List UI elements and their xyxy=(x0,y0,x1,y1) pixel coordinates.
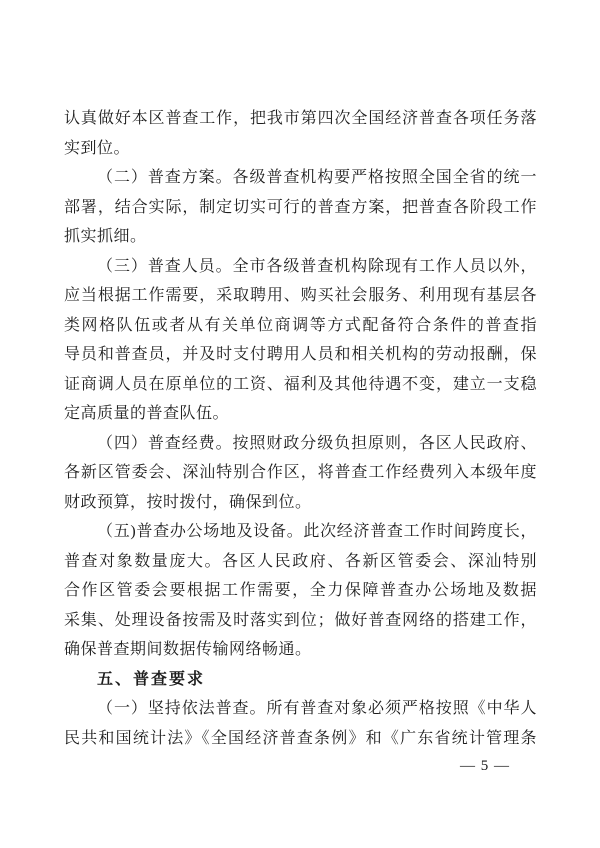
text-line: （五)普查办公场地及设备。此次经济普查工作时间跨度长， xyxy=(64,517,537,547)
section-heading: 五、普查要求 xyxy=(64,665,537,695)
text-line: 定高质量的普查队伍。 xyxy=(64,399,537,429)
page-number: — 5 — xyxy=(460,758,510,774)
text-line: 类网格队伍或者从有关单位商调等方式配备符合条件的普查指 xyxy=(64,311,537,341)
text-line: 各新区管委会、深汕特别合作区，将普查工作经费列入本级年度 xyxy=(64,458,537,488)
text-line: （一）坚持依法普查。所有普查对象必须严格按照《中华人 xyxy=(64,694,537,724)
text-line: （四）普查经费。按照财政分级负担原则，各区人民政府、 xyxy=(64,429,537,459)
document-page: 认真做好本区普查工作，把我市第四次全国经济普查各项任务落实到位。（二）普查方案。… xyxy=(0,0,600,848)
text-line: 认真做好本区普查工作，把我市第四次全国经济普查各项任务落 xyxy=(64,104,537,134)
text-line: 证商调人员在原单位的工资、福利及其他待遇不变，建立一支稳 xyxy=(64,370,537,400)
page-footer: — 5 — xyxy=(460,755,510,777)
text-line: 采集、处理设备按需及时落实到位；做好普查网络的搭建工作， xyxy=(64,606,537,636)
document-body: 认真做好本区普查工作，把我市第四次全国经济普查各项任务落实到位。（二）普查方案。… xyxy=(64,104,537,753)
text-line: 确保普查期间数据传输网络畅通。 xyxy=(64,635,537,665)
text-line: 财政预算，按时拨付，确保到位。 xyxy=(64,488,537,518)
text-line: 民共和国统计法》《全国经济普查条例》和《广东省统计管理条 xyxy=(64,724,537,754)
text-line: 部署，结合实际，制定切实可行的普查方案，把普查各阶段工作 xyxy=(64,193,537,223)
text-line: 应当根据工作需要，采取聘用、购买社会服务、利用现有基层各 xyxy=(64,281,537,311)
text-line: 合作区管委会要根据工作需要，全力保障普查办公场地及数据 xyxy=(64,576,537,606)
text-line: （三）普查人员。全市各级普查机构除现有工作人员以外， xyxy=(64,252,537,282)
text-line: （二）普查方案。各级普查机构要严格按照全国全省的统一 xyxy=(64,163,537,193)
text-line: 抓实抓细。 xyxy=(64,222,537,252)
text-line: 普查对象数量庞大。各区人民政府、各新区管委会、深汕特别 xyxy=(64,547,537,577)
text-line: 导员和普查员，并及时支付聘用人员和相关机构的劳动报酬，保 xyxy=(64,340,537,370)
text-line: 实到位。 xyxy=(64,134,537,164)
